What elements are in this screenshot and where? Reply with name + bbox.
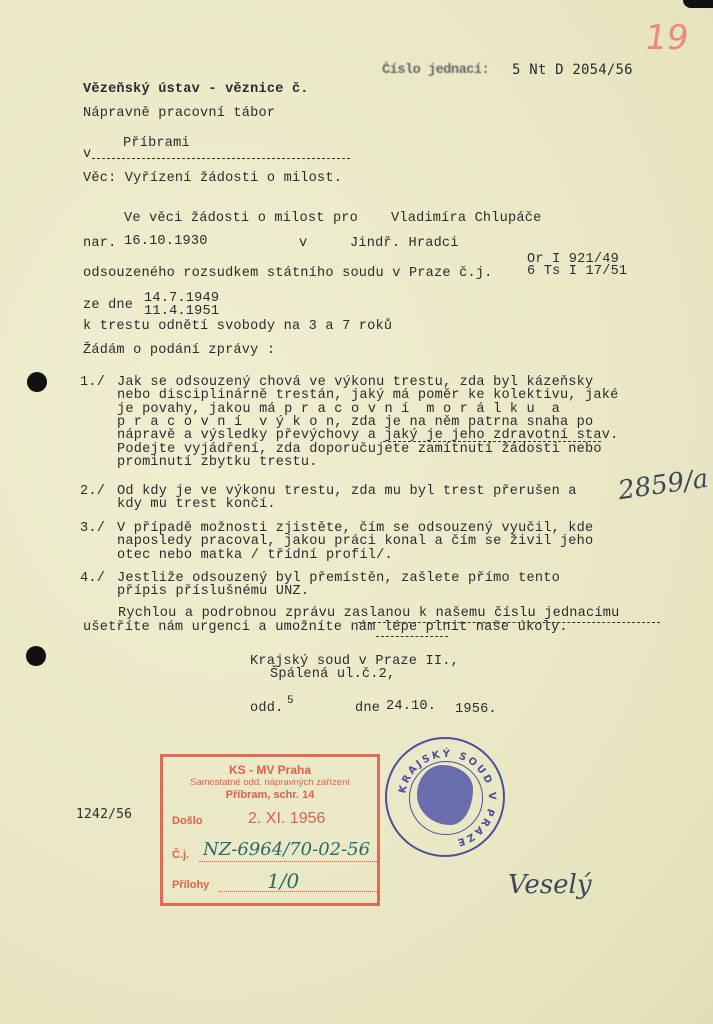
ref-label: Číslo jednací: [382,63,489,78]
document-page: 19 Číslo jednací: 5 Nt D 2054/56 Vězeňsk… [0,0,713,1024]
addressee-line2: Nápravně pracovní tábor [83,106,275,121]
dept-number: 5 [287,694,294,709]
stamp-line2: Samostatné odd. nápravných zařízení [163,777,377,788]
receipt-stamp: KS - MV Praha Samostatné odd. nápravných… [160,754,380,906]
addressee-place: Příbrami [123,136,190,151]
date-label-sender: dne [355,701,380,716]
item-line: otec nebo matka / třídní profil/. [117,548,393,563]
intro-line: Ve věci žádosti o milost pro [124,211,358,226]
item-line: kdy mu trest končí. [117,497,276,512]
item-number: 4./ [80,571,105,586]
born-place: Jindř. Hradci [350,236,459,251]
court-seal: KRAJSKÝ SOUD V PRAZE [385,737,505,857]
stamp-received-label: Došlo [172,815,203,827]
item-line: prominutí zbytku trestu. [117,455,318,470]
convict-name: Vladimíra Chlupáče [391,211,541,226]
closing-underline-2 [376,636,448,637]
sender-date: 24.10. [386,699,436,714]
closing-line1: Rychlou a podrobnou zprávu zaslanou k na… [118,606,619,621]
stamp-attachments-value: 1/0 [267,869,299,893]
stamp-ref-value: NZ-6964/70-02-56 [203,839,370,860]
stamp-line1: KS - MV Praha [163,763,377,777]
item-line: přípis příslušnému UNZ. [117,584,309,599]
sender-line2: Špálená ul.č.2, [270,667,395,682]
signature: Veselý [508,870,592,900]
born-label: nar. [83,236,116,251]
case-number-2: 6 Ts I 17/51 [527,264,627,279]
request-line: Žádám o podání zprávy : [83,343,275,358]
sentence-line: k trestu odnětí svobody na 3 a 7 roků [83,319,392,334]
folio-number: 19 [642,18,691,58]
stamp-line3: Příbram, schr. 14 [163,789,377,801]
stamp-ref-dotted-line [199,861,377,862]
item-number: 1./ [80,375,105,390]
addressee-line1: Vězeňský ústav - věznice č. [83,82,309,97]
punch-hole-icon [27,372,47,392]
page-corner-shadow [683,0,713,8]
born-in-label: v [299,236,307,251]
closing-underline [358,622,660,623]
file-number: 1242/56 [76,807,132,822]
sentenced-line: odsouzeného rozsudkem státního soudu v P… [83,266,493,281]
verdict-date-2: 11.4.1951 [144,304,219,319]
stamp-attachments-label: Přílohy [172,879,209,891]
health-underline [383,441,601,442]
punch-hole-icon [26,646,46,666]
sender-year: 1956. [455,702,497,717]
subject-line: Věc: Vyřízení žádosti o milost. [83,171,342,186]
item-number: 2./ [80,484,105,499]
ref-number: 5 Nt D 2054/56 [512,63,633,78]
place-prefix: v [83,147,91,162]
place-underline [92,158,350,159]
born-date: 16.10.1930 [124,234,208,249]
stamp-received-date: 2. XI. 1956 [248,810,325,828]
date-label: ze dne [83,298,133,313]
dept-label: odd. [250,701,283,716]
item-number: 3./ [80,521,105,536]
handwritten-margin-note: 2859/a [616,464,710,506]
stamp-ref-label: Č.j. [172,849,189,861]
